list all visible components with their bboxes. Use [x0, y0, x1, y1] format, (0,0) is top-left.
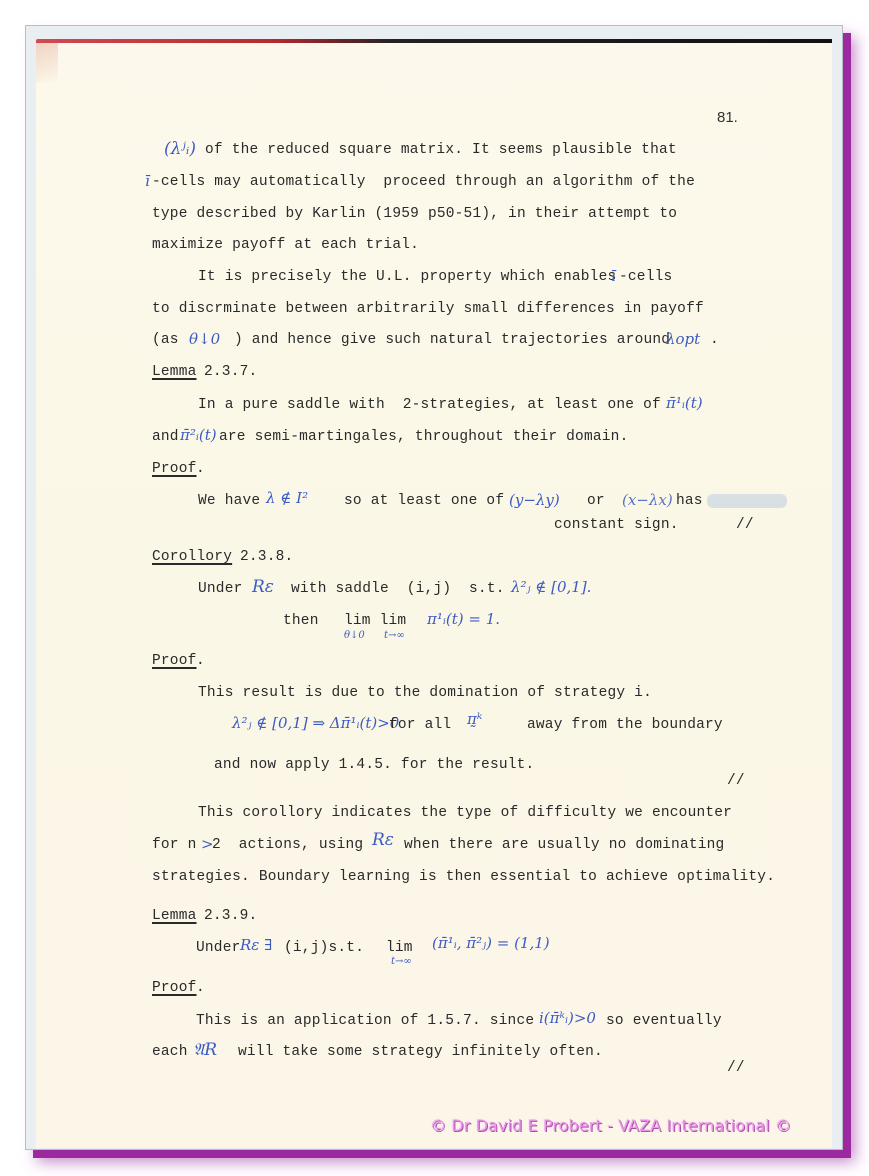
text-line: and [152, 429, 179, 445]
text-line: (as [152, 332, 179, 348]
proof-heading-dot: . [196, 653, 205, 669]
handwritten-lambda-matrix: (λʲᵢ) [164, 139, 196, 159]
text-line: Under [196, 940, 241, 956]
handwritten-R-epsilon: Rε [252, 577, 274, 597]
text-line: so at least one of [344, 493, 504, 509]
handwritten-lambda-not-in-I2: λ ∉ I² [266, 489, 308, 507]
handwritten-limit-sub-t: t→∞ [384, 630, 405, 641]
corollary-heading: Corollory [152, 549, 232, 565]
handwritten-R-epsilon-exists: Rε ∃ [240, 936, 272, 954]
text-line: with saddle (i,j) s.t. [291, 581, 505, 597]
handwritten-pi-symbol: ī [611, 267, 616, 285]
handwritten-automaton-R: 𝔄R [193, 1040, 217, 1060]
lemma-heading: Lemma [152, 908, 197, 924]
handwritten-lambda-not-in-01: λ²ⱼ ∉ [0,1]. [511, 578, 591, 596]
text-line: In a pure saddle with 2-strategies, at l… [198, 397, 661, 413]
handwritten-pi2-t: π̄²ᵢ(t) [180, 426, 217, 444]
text-line: -cells [619, 269, 672, 285]
qed-mark: // [736, 517, 754, 533]
lemma-number: 2.3.9. [204, 908, 257, 924]
text-line: when there are usually no dominating [404, 837, 724, 853]
text-line: lim lim [344, 613, 406, 629]
handwritten-pi-equals-1: π¹ᵢ(t) = 1. [427, 610, 500, 628]
text-line: type described by Karlin (1959 p50-51), … [152, 206, 677, 222]
text-line: It is precisely the U.L. property which … [198, 269, 616, 285]
proof-heading-dot: . [196, 461, 205, 477]
text-line: This result is due to the domination of … [198, 685, 652, 701]
text-line: are semi-martingales, throughout their d… [219, 429, 628, 445]
handwritten-y-minus-lambda: (y−λy) [509, 491, 560, 509]
handwritten-theta-to-zero: θ↓0 [189, 330, 220, 348]
handwritten-limit-sub-t: t→∞ [391, 956, 412, 967]
text-line: has [676, 493, 703, 509]
text-line: for all [389, 717, 451, 733]
text-line: for n [152, 837, 197, 853]
qed-mark: // [727, 773, 745, 789]
page-top-edge [36, 39, 832, 43]
proof-heading: Proof [152, 461, 197, 477]
handwritten-x-minus-lambda: (x−λx) [622, 491, 673, 509]
text-line: to discrminate between arbitrarily small… [152, 301, 704, 317]
page-corner-stain [36, 43, 58, 83]
text-line: then [283, 613, 319, 629]
qed-mark: // [727, 1060, 745, 1076]
text-line: constant sign. [554, 517, 679, 533]
corollary-number: 2.3.8. [240, 549, 293, 565]
text-line: This corollory indicates the type of dif… [198, 805, 732, 821]
handwritten-lambda-opt: λopt [666, 330, 700, 348]
text-line: each [152, 1044, 188, 1060]
handwritten-pi-k: π̰ᵏ [467, 710, 482, 728]
handwritten-R-epsilon: Rε [372, 830, 394, 850]
text-line: This is an application of 1.5.7. since [196, 1013, 534, 1029]
text-line: -cells may automatically proceed through… [152, 174, 695, 190]
text-line: 2 actions, using [212, 837, 363, 853]
handwritten-pi1-t: π̄¹ᵢ(t) [666, 394, 703, 412]
text-line: of the reduced square matrix. It seems p… [205, 142, 677, 158]
text-line: . [710, 332, 719, 348]
correction-smudge [707, 494, 787, 508]
text-line: strategies. Boundary learning is then es… [152, 869, 775, 885]
proof-heading: Proof [152, 653, 197, 669]
text-line: (i,j)s.t. [284, 940, 364, 956]
text-line: lim [386, 940, 413, 956]
handwritten-pi-pair-limit: (π̄¹ᵢ, π̄²ⱼ) = (1,1) [432, 934, 550, 952]
handwritten-i-pi-positive: i(π̄ᵏᵢ)>0 [539, 1009, 596, 1027]
handwritten-limit-sub-theta: θ↓0 [344, 630, 365, 641]
handwritten-implication: λ²ⱼ ∉ [0,1] ⇒ Δπ̄¹ᵢ(t)>0 [232, 714, 399, 732]
proof-heading: Proof [152, 980, 197, 996]
copyright-watermark: © Dr David E Probert - VAZA Internationa… [430, 1116, 791, 1135]
text-line: so eventually [606, 1013, 722, 1029]
handwritten-pi-symbol: ī [145, 172, 150, 190]
proof-heading-dot: . [196, 980, 205, 996]
text-line: and now apply 1.4.5. for the result. [214, 757, 534, 773]
text-line: maximize payoff at each trial. [152, 237, 419, 253]
text-line: ) and hence give such natural trajectori… [234, 332, 670, 348]
text-line: We have [198, 493, 260, 509]
text-line: will take some strategy infinitely often… [238, 1044, 603, 1060]
lemma-heading: Lemma [152, 364, 197, 380]
lemma-number: 2.3.7. [204, 364, 257, 380]
page-number: 81. [717, 109, 738, 126]
text-line: Under [198, 581, 243, 597]
text-line: or [587, 493, 605, 509]
text-line: away from the boundary [527, 717, 723, 733]
